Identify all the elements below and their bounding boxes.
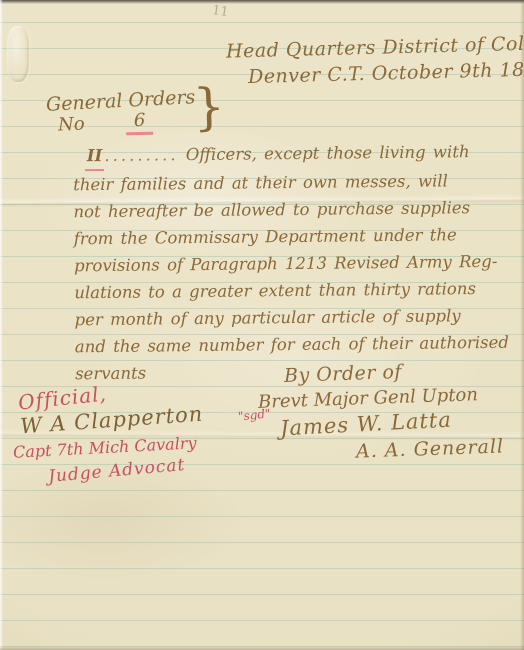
document-scan: 11 Head Quarters District of Colorado De… xyxy=(0,0,524,650)
paragraph-numeral: II xyxy=(85,142,105,171)
order-number-label: No xyxy=(58,114,85,136)
embossed-seal xyxy=(7,26,29,82)
body-line: II......... Officers, except those livin… xyxy=(73,138,513,172)
body-line: and the same number for each of their au… xyxy=(75,329,515,361)
order-brace: } xyxy=(192,77,226,136)
pencil-mark: 11 xyxy=(211,3,229,20)
scan-edge-right xyxy=(520,0,524,650)
scan-edge-top xyxy=(0,0,524,4)
scan-edge-bottom xyxy=(0,646,524,650)
body-line-text: Officers, except those living with xyxy=(186,142,470,164)
scan-edge-left xyxy=(0,0,3,650)
order-body-text: II......... Officers, except those livin… xyxy=(73,138,516,388)
dotted-leader: ......... xyxy=(104,145,178,165)
closing-by-order: By Order of xyxy=(284,361,403,387)
order-number-value: 6 xyxy=(126,110,154,135)
